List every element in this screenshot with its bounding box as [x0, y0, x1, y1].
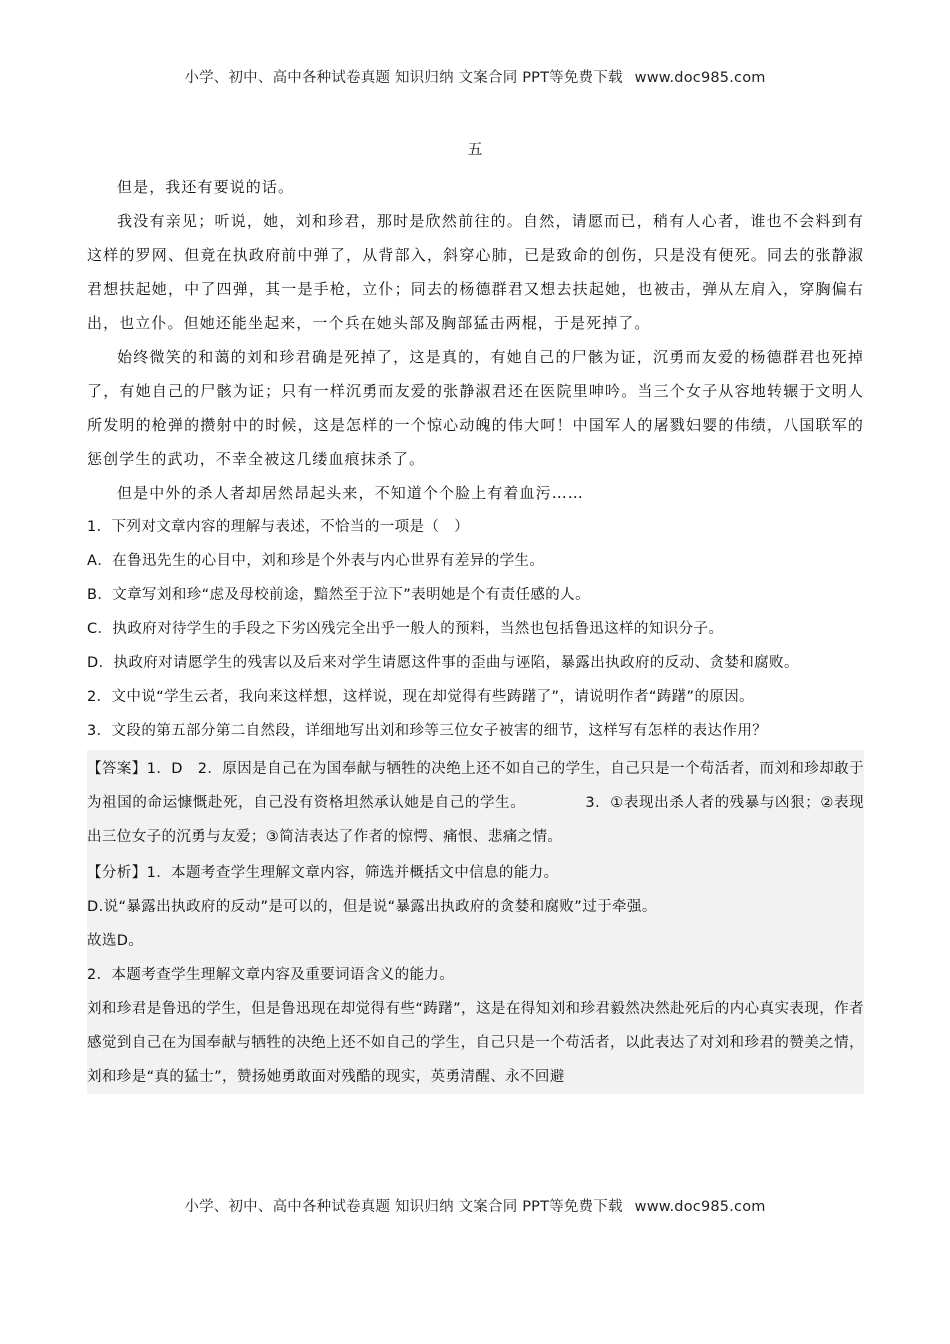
answer-label: 【答案】	[87, 761, 147, 777]
question-3: 3．文段的第五部分第二自然段，详细地写出刘和珍等三位女子被害的细节，这样写有怎样…	[87, 714, 864, 748]
question-1-option-c: C．执政府对待学生的手段之下劣凶残完全出乎一般人的预料，当然也包括鲁迅这样的知识…	[87, 612, 864, 646]
answer-block: 【答案】1．D 2．原因是自己在为国奉献与牺牲的决绝上还不如自己的学生，自己只是…	[87, 750, 864, 856]
document-body: 但是，我还有要说的话。 我没有亲见；听说，她，刘和珍君，那时是欣然前往的。自然，…	[87, 170, 864, 1094]
passage-paragraph-3: 始终微笑的和蔼的刘和珍君确是死掉了，这是真的，有她自己的尸骸为证，沉勇而友爱的杨…	[87, 340, 864, 476]
header-banner: 小学、初中、高中各种试卷真题 知识归纳 文案合同 PPT等免费下载www.doc…	[0, 66, 950, 87]
question-1-stem: 1．下列对文章内容的理解与表述，不恰当的一项是（ ）	[87, 510, 864, 544]
footer-banner: 小学、初中、高中各种试卷真题 知识归纳 文案合同 PPT等免费下载www.doc…	[0, 1195, 950, 1216]
question-1-option-d: D．执政府对请愿学生的残害以及后来对学生请愿这件事的歪曲与诬陷，暴露出执政府的反…	[87, 646, 864, 680]
passage-paragraph-4: 但是中外的杀人者却居然昂起头来，不知道个个脸上有着血污……	[87, 476, 864, 510]
analysis-line-1: 【分析】1．本题考查学生理解文章内容，筛选并概括文中信息的能力。	[87, 856, 864, 890]
analysis-label: 【分析】	[87, 865, 147, 881]
analysis-line-4: 2．本题考查学生理解文章内容及重要词语含义的能力。	[87, 958, 864, 992]
passage-paragraph-2: 我没有亲见；听说，她，刘和珍君，那时是欣然前往的。自然，请愿而已，稍有人心者，谁…	[87, 204, 864, 340]
header-banner-url[interactable]: www.doc985.com	[635, 70, 766, 86]
analysis-line-5: 刘和珍君是鲁迅的学生，但是鲁迅现在却觉得有些“踌躇”，这是在得知刘和珍君毅然决然…	[87, 992, 864, 1094]
section-title: 五	[0, 138, 950, 159]
question-2: 2．文中说“学生云者，我向来这样想，这样说，现在却觉得有些踌躇了”，请说明作者“…	[87, 680, 864, 714]
header-banner-text: 小学、初中、高中各种试卷真题 知识归纳 文案合同 PPT等免费下载	[184, 70, 622, 86]
question-1: 1．下列对文章内容的理解与表述，不恰当的一项是（ ） A．在鲁迅先生的心目中，刘…	[87, 510, 864, 680]
question-1-option-a: A．在鲁迅先生的心目中，刘和珍是个外表与内心世界有差异的学生。	[87, 544, 864, 578]
analysis-line-3: 故选D。	[87, 924, 864, 958]
answer-text: 【答案】1．D 2．原因是自己在为国奉献与牺牲的决绝上还不如自己的学生，自己只是…	[87, 752, 864, 854]
passage-paragraph-1: 但是，我还有要说的话。	[87, 170, 864, 204]
question-1-option-b: B．文章写刘和珍“虑及母校前途，黯然至于泣下”表明她是个有责任感的人。	[87, 578, 864, 612]
analysis-line-2: D.说“暴露出执政府的反动”是可以的，但是说“暴露出执政府的贪婪和腐败”过于牵强…	[87, 890, 864, 924]
footer-banner-text: 小学、初中、高中各种试卷真题 知识归纳 文案合同 PPT等免费下载	[184, 1199, 622, 1215]
footer-banner-url[interactable]: www.doc985.com	[635, 1199, 766, 1215]
analysis-block: 【分析】1．本题考查学生理解文章内容，筛选并概括文中信息的能力。 D.说“暴露出…	[87, 856, 864, 1094]
